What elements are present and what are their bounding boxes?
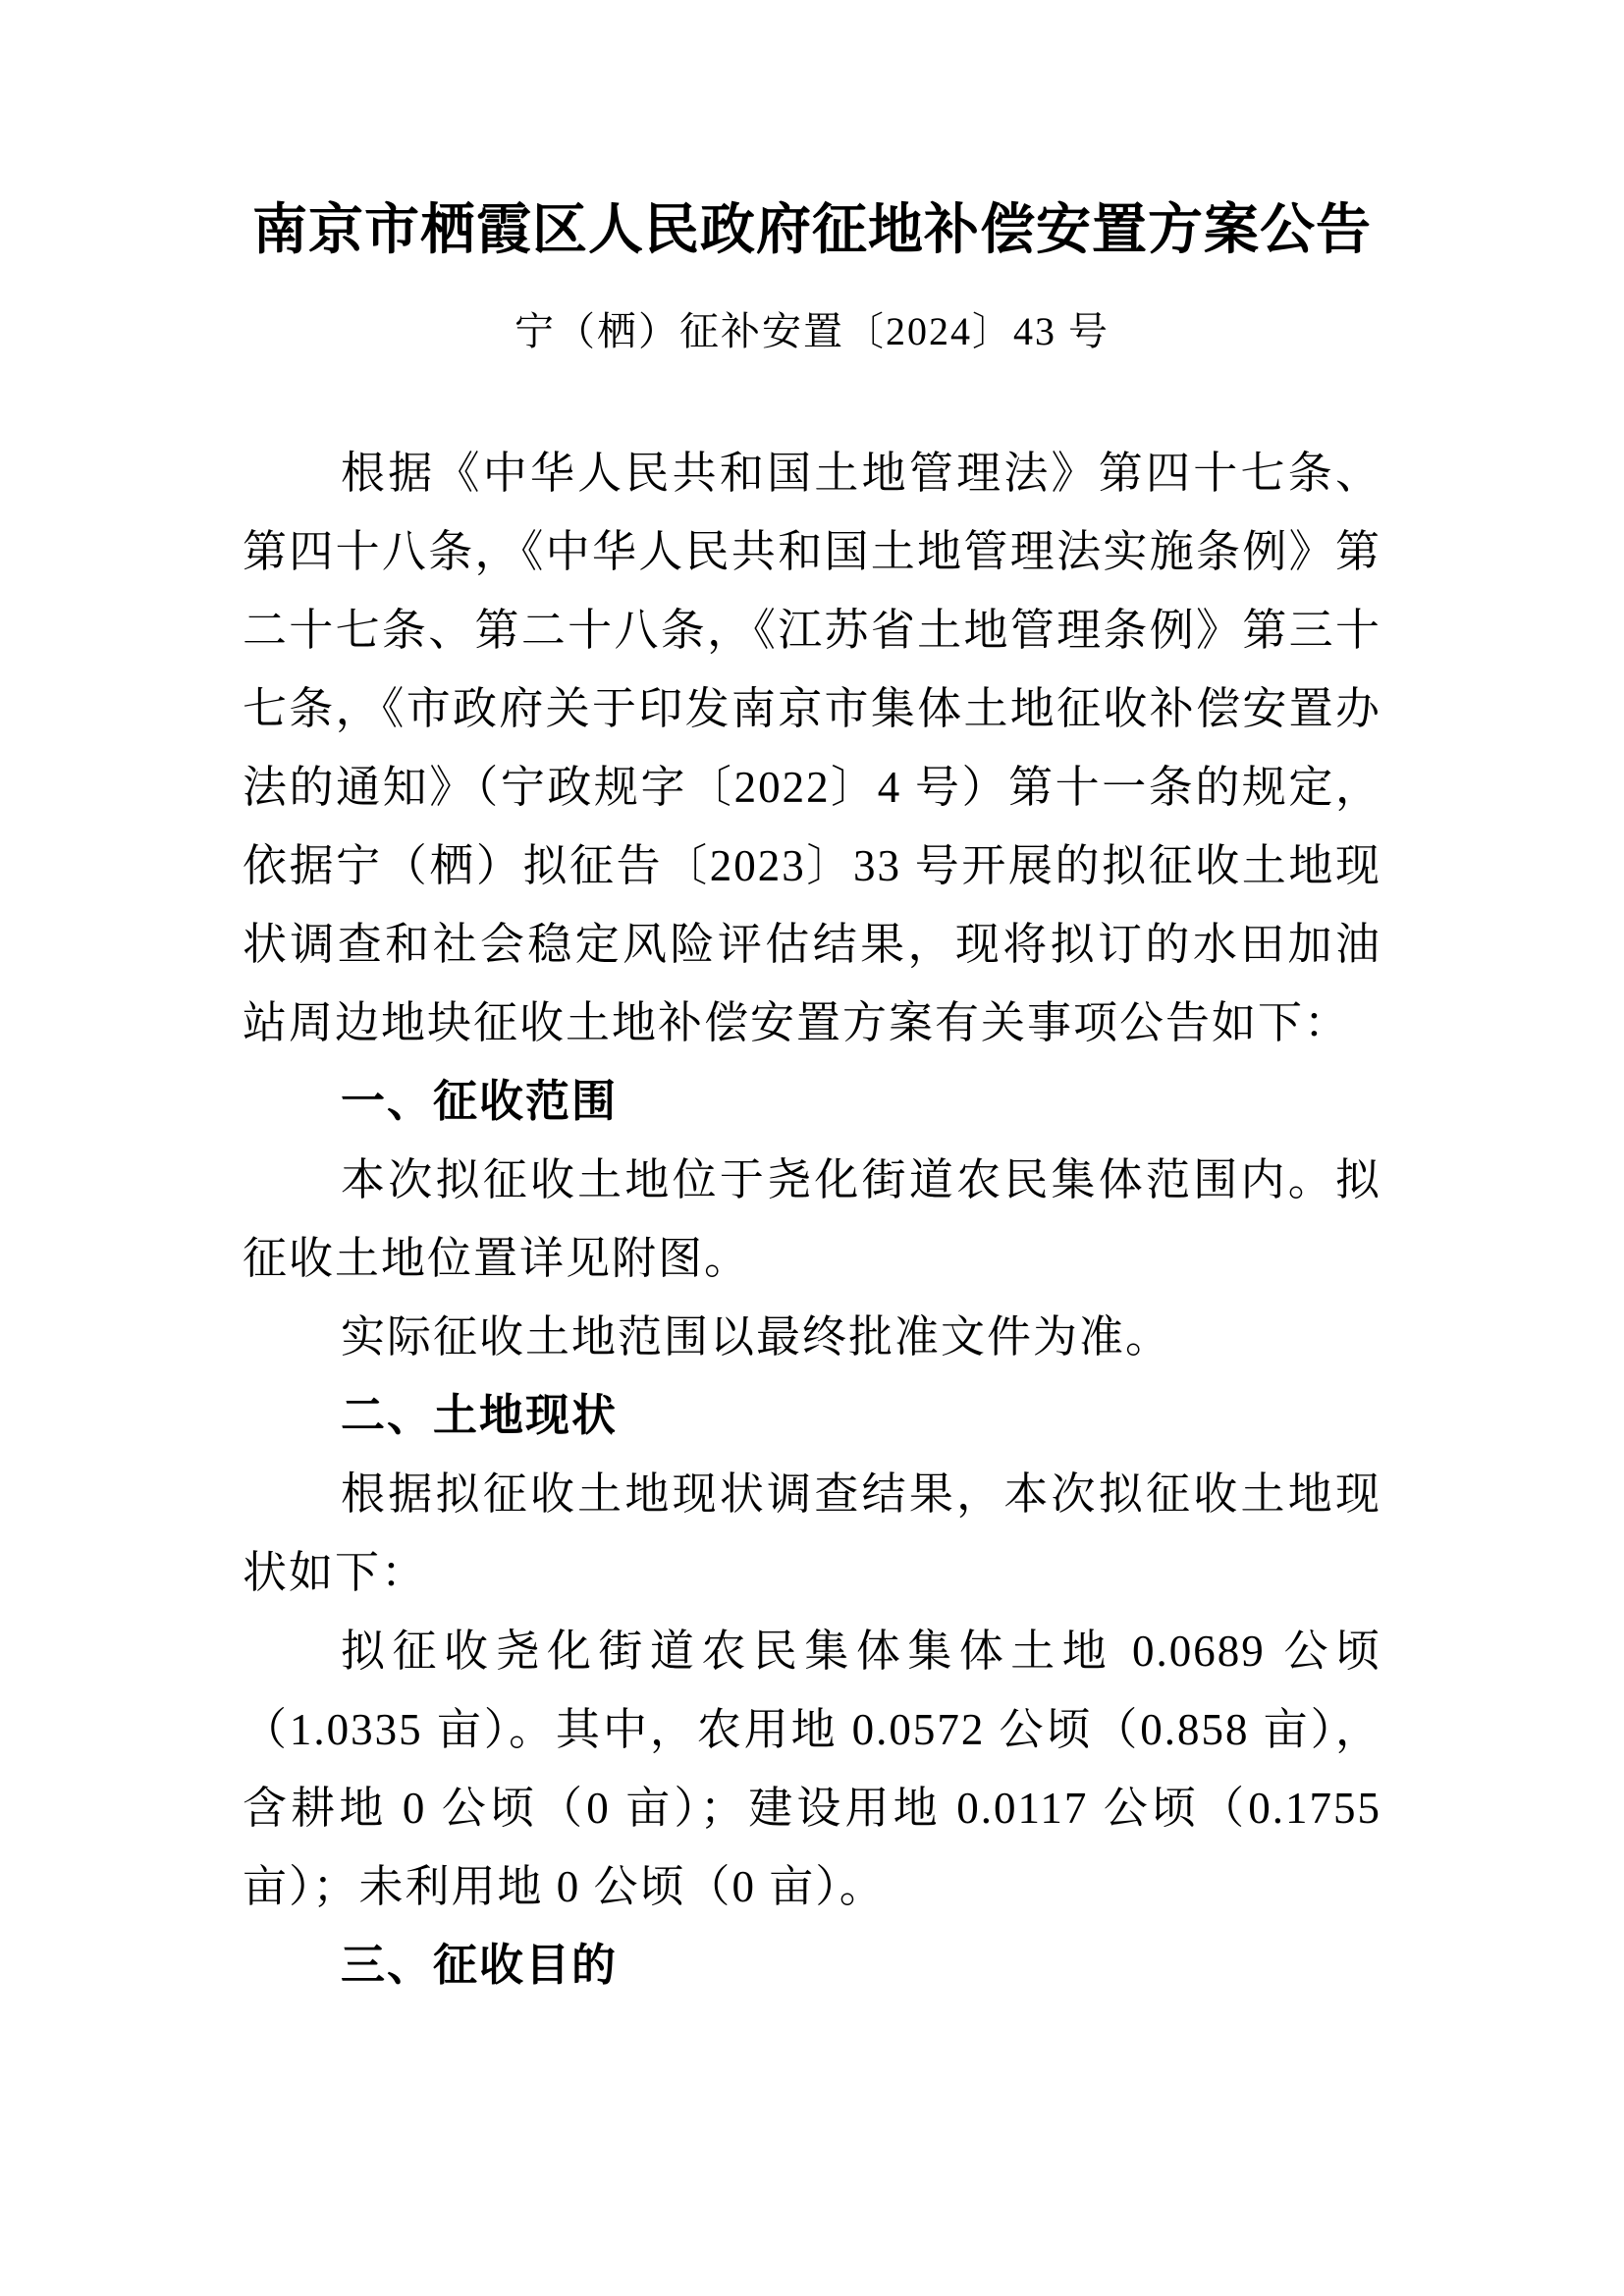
section-heading: 三、征收目的 — [243, 1926, 1381, 2004]
body-paragraph: 本次拟征收土地位于尧化街道农民集体范围内。拟征收土地位置详见附图。 — [243, 1141, 1381, 1298]
document-title: 南京市栖霞区人民政府征地补偿安置方案公告 — [243, 198, 1381, 263]
section-heading: 一、征收范围 — [243, 1062, 1381, 1141]
body-paragraph: 拟征收尧化街道农民集体集体土地 0.0689 公顷（1.0335 亩）。其中，农… — [243, 1612, 1381, 1926]
body-paragraph: 根据《中华人民共和国土地管理法》第四十七条、第四十八条，《中华人民共和国土地管理… — [243, 434, 1381, 1062]
section-heading: 二、土地现状 — [243, 1376, 1381, 1455]
body-paragraph: 实际征收土地范围以最终批准文件为准。 — [243, 1298, 1381, 1376]
notice-document: 南京市栖霞区人民政府征地补偿安置方案公告 宁（栖）征补安置〔2024〕43 号 … — [0, 0, 1624, 2004]
document-number: 宁（栖）征补安置〔2024〕43 号 — [243, 308, 1381, 355]
document-page: 南京市栖霞区人民政府征地补偿安置方案公告 宁（栖）征补安置〔2024〕43 号 … — [0, 0, 1624, 2296]
body-paragraph: 根据拟征收土地现状调查结果，本次拟征收土地现状如下： — [243, 1455, 1381, 1612]
document-body: 根据《中华人民共和国土地管理法》第四十七条、第四十八条，《中华人民共和国土地管理… — [243, 434, 1381, 2004]
